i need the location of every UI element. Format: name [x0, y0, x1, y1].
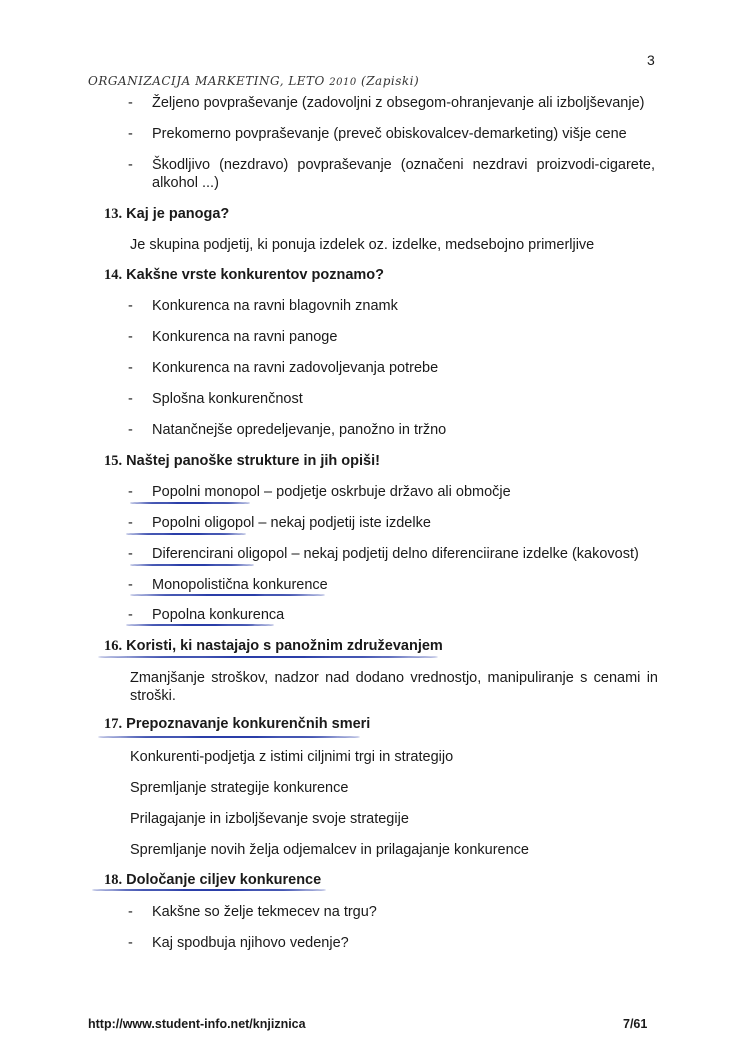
section-heading-16: 16. Koristi, ki nastajajo s panožnim zdr… [104, 638, 443, 655]
bullet: - [128, 904, 133, 920]
list-item-continuation: alkohol ...) [152, 175, 219, 192]
definition: – nekaj podjetij delno diferenciirane iz… [287, 546, 638, 562]
bullet: - [128, 95, 133, 111]
term: Popolni monopol [152, 484, 260, 500]
pen-underline [126, 624, 274, 626]
section-text-continuation: stroški. [130, 688, 176, 705]
pen-underline [130, 594, 325, 596]
section-heading-18: 18. Določanje ciljev konkurence [104, 872, 321, 889]
header-title: ORGANIZACIJA MARKETING, LETO [88, 74, 325, 88]
bullet: - [128, 126, 133, 142]
term: Popolna konkurenca [152, 607, 284, 623]
pen-underline [126, 533, 246, 535]
list-item: Diferencirani oligopol – nekaj podjetij … [152, 546, 639, 563]
pen-underline [130, 564, 254, 566]
page-number: 3 [647, 52, 655, 68]
bullet: - [128, 607, 133, 623]
section-title: Naštej panoške strukture in jih opiši! [126, 453, 380, 469]
section-number: 13. [104, 206, 122, 222]
bullet: - [128, 360, 133, 376]
bullet: - [128, 577, 133, 593]
bullet: - [128, 329, 133, 345]
list-item: Konkurenca na ravni panoge [152, 329, 337, 346]
list-item: Natančnejše opredeljevanje, panožno in t… [152, 422, 446, 439]
footer-url[interactable]: http://www.student-info.net/knjiznica [88, 1017, 306, 1031]
bullet: - [128, 546, 133, 562]
list-item: Konkurenca na ravni zadovoljevanja potre… [152, 360, 438, 377]
header-note: (Zapiski) [361, 74, 419, 88]
list-item: Škodljivo (nezdravo) povpraševanje (ozna… [152, 157, 655, 174]
term: Monopolistična konkurence [152, 577, 328, 593]
bullet: - [128, 391, 133, 407]
pen-underline [98, 656, 438, 658]
footer-page-count: 7/61 [623, 1017, 647, 1031]
list-item: Monopolistična konkurence [152, 577, 328, 594]
section-title: Koristi, ki nastajajo s panožnim združev… [126, 638, 443, 654]
pen-underline [130, 502, 250, 504]
definition: – podjetje oskrbuje državo ali območje [260, 484, 511, 500]
list-item: Popolni oligopol – nekaj podjetij iste i… [152, 515, 431, 532]
bullet: - [128, 298, 133, 314]
list-item: Prekomerno povpraševanje (preveč obiskov… [152, 126, 627, 143]
section-line: Konkurenti-podjetja z istimi ciljnimi tr… [130, 749, 453, 766]
section-heading-13: 13. Kaj je panoga? [104, 206, 229, 223]
list-item: Željeno povpraševanje (zadovoljni z obse… [152, 95, 644, 112]
bullet: - [128, 515, 133, 531]
list-item: Popolna konkurenca [152, 607, 284, 624]
section-number: 17. [104, 716, 122, 732]
section-text: Zmanjšanje stroškov, nadzor nad dodano v… [130, 670, 658, 687]
section-number: 15. [104, 453, 122, 469]
header-year: 2010 [329, 77, 356, 88]
pen-underline [98, 736, 360, 738]
section-number: 16. [104, 638, 122, 654]
section-title: Kaj je panoga? [126, 206, 229, 222]
section-line: Spremljanje novih želja odjemalcev in pr… [130, 842, 529, 859]
section-heading-15: 15. Naštej panoške strukture in jih opiš… [104, 453, 380, 470]
bullet: - [128, 484, 133, 500]
list-item: Kaj spodbuja njihovo vedenje? [152, 935, 349, 952]
section-number: 18. [104, 872, 122, 888]
bullet: - [128, 157, 133, 173]
list-item: Konkurenca na ravni blagovnih znamk [152, 298, 398, 315]
section-heading-17: 17. Prepoznavanje konkurenčnih smeri [104, 716, 370, 733]
section-line: Prilagajanje in izboljševanje svoje stra… [130, 811, 409, 828]
section-heading-14: 14. Kakšne vrste konkurentov poznamo? [104, 267, 384, 284]
running-header: ORGANIZACIJA MARKETING, LETO 2010 (Zapis… [88, 74, 419, 88]
list-item: Kakšne so želje tekmecev na trgu? [152, 904, 377, 921]
section-line: Spremljanje strategije konkurence [130, 780, 348, 797]
list-item: Splošna konkurenčnost [152, 391, 303, 408]
bullet: - [128, 422, 133, 438]
pen-underline [92, 889, 326, 891]
section-title: Kakšne vrste konkurentov poznamo? [126, 267, 384, 283]
section-title: Prepoznavanje konkurenčnih smeri [126, 716, 370, 732]
section-number: 14. [104, 267, 122, 283]
term: Diferencirani oligopol [152, 546, 287, 562]
list-item: Popolni monopol – podjetje oskrbuje drža… [152, 484, 511, 501]
bullet: - [128, 935, 133, 951]
section-text: Je skupina podjetij, ki ponuja izdelek o… [130, 237, 594, 254]
definition: – nekaj podjetij iste izdelke [254, 515, 431, 531]
term: Popolni oligopol [152, 515, 254, 531]
section-title: Določanje ciljev konkurence [126, 872, 321, 888]
